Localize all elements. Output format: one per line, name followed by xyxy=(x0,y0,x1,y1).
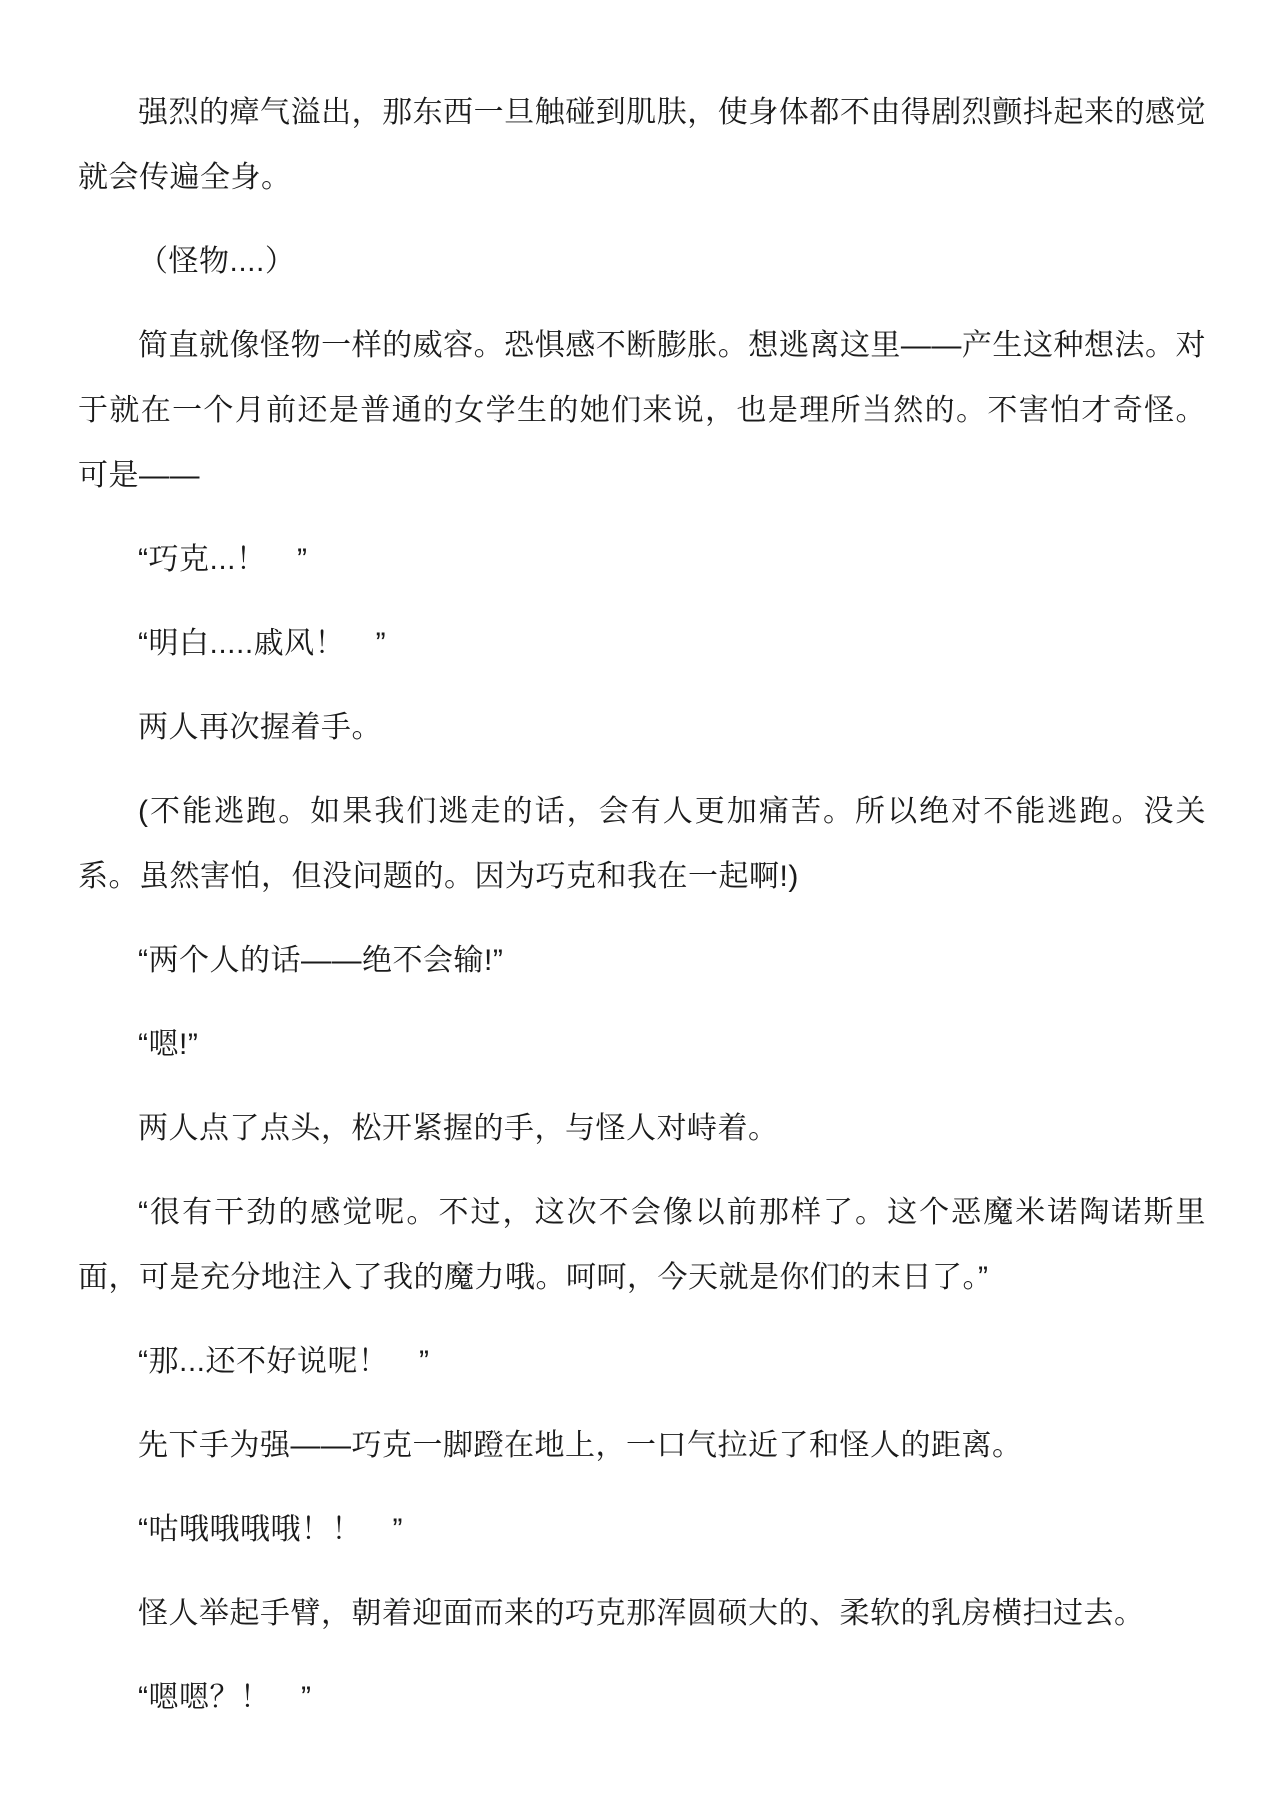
paragraph-dialogue: “很有干劲的感觉呢。不过，这次不会像以前那样了。这个恶魔米诺陶诺斯里面，可是充分… xyxy=(78,1180,1206,1310)
paragraph-narration: 强烈的瘴气溢出，那东西一旦触碰到肌肤，使身体都不由得剧烈颤抖起来的感觉就会传遍全… xyxy=(78,80,1206,210)
paragraph-dialogue: “明白.....戚风！ ” xyxy=(78,611,1206,676)
page: { "document": { "type": "novel-text-page… xyxy=(0,0,1280,1810)
paragraph-narration: 两人点了点头，松开紧握的手，与怪人对峙着。 xyxy=(78,1096,1206,1161)
paragraph-narration: 先下手为强——巧克一脚蹬在地上，一口气拉近了和怪人的距离。 xyxy=(78,1413,1206,1478)
paragraph-dialogue: “咕哦哦哦哦！！ ” xyxy=(78,1497,1206,1562)
paragraph-narration: 简直就像怪物一样的威容。恐惧感不断膨胀。想逃离这里——产生这种想法。对于就在一个… xyxy=(78,313,1206,508)
paragraph-narration: 怪人举起手臂，朝着迎面而来的巧克那浑圆硕大的、柔软的乳房横扫过去。 xyxy=(78,1581,1206,1646)
document-page: 强烈的瘴气溢出，那东西一旦触碰到肌肤，使身体都不由得剧烈颤抖起来的感觉就会传遍全… xyxy=(0,0,1280,1810)
paragraph-dialogue: “嗯!” xyxy=(78,1012,1206,1077)
paragraph-narration: 两人再次握着手。 xyxy=(78,695,1206,760)
paragraph-dialogue: “巧克...！ ” xyxy=(78,527,1206,592)
paragraph-dialogue: “嗯嗯？！ ” xyxy=(78,1665,1206,1730)
paragraph-dialogue: “那...还不好说呢！ ” xyxy=(78,1329,1206,1394)
paragraph-inner-thought: （怪物....） xyxy=(78,229,1206,294)
paragraph-inner-thought: (不能逃跑。如果我们逃走的话，会有人更加痛苦。所以绝对不能逃跑。没关系。虽然害怕… xyxy=(78,779,1206,909)
paragraph-dialogue: “两个人的话——绝不会输!” xyxy=(78,928,1206,993)
